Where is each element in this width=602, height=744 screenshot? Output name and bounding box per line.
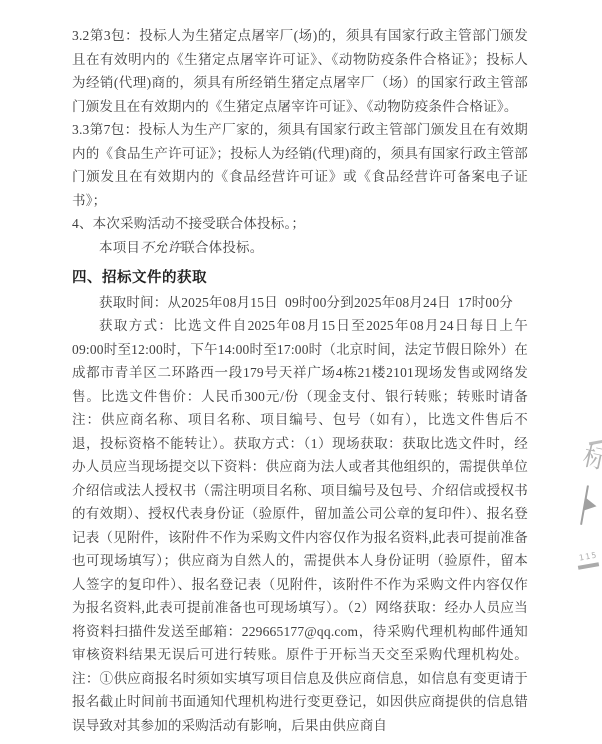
- stamp-number-marks: 115: [578, 551, 598, 562]
- note-prefix: 本项目: [99, 240, 140, 255]
- no-consortium-note: 本项目不允许联合体投标。: [72, 236, 528, 260]
- stamp-fragment-char: 标: [581, 444, 602, 475]
- arrow-glyph-icon: [577, 485, 602, 528]
- document-page: 3.2第3包：投标人为生猪定点屠宰厂(场)的，须具有国家行政主管部门颁发且在有效…: [0, 0, 602, 744]
- clause-3-3-paragraph: 3.3第7包：投标人为生产厂家的，须具有国家行政主管部门颁发且在有效期内的《食品…: [72, 118, 528, 212]
- document-content: 3.2第3包：投标人为生猪定点屠宰厂(场)的，须具有国家行政主管部门颁发且在有效…: [72, 24, 528, 737]
- section-heading: 四、招标文件的获取: [72, 267, 528, 291]
- clause-3-2-paragraph: 3.2第3包：投标人为生猪定点屠宰厂(场)的，须具有国家行政主管部门颁发且在有效…: [72, 24, 528, 118]
- note-suffix: 联合体投标。: [181, 240, 263, 255]
- note-emphasis: 不允许: [140, 240, 181, 255]
- stamp-underline-mark: [578, 562, 599, 570]
- clause-4-paragraph: 4、本次采购活动不接受联合体投标。；: [72, 212, 528, 236]
- acquisition-time-line: 获取时间：从2025年08月15日 09时00分到2025年08月24日 17时…: [72, 291, 528, 315]
- stamp-arrow-mark: [576, 485, 602, 532]
- acquisition-method-paragraph: 获取方式：比选文件自2025年08月15日至2025年08月24日每日上午09:…: [72, 314, 528, 737]
